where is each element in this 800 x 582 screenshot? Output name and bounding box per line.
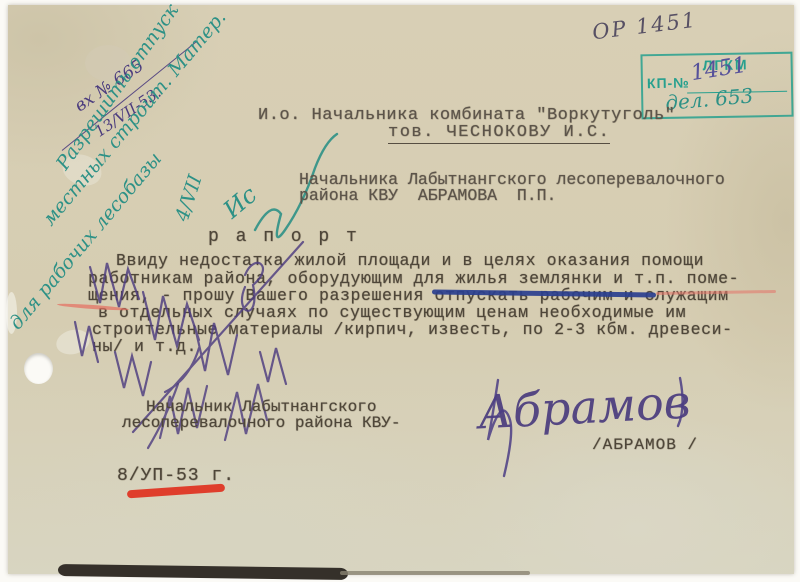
- typed-signature-name: /АБРАМОВ /: [592, 436, 698, 454]
- closing-position-line-2: лесоперевалочного района КВУ-: [122, 414, 400, 432]
- resolution-date: 4/VII: [171, 172, 207, 224]
- document-date: 8/УП-53 г.: [117, 466, 235, 486]
- addressee-line-2: тов. ЧЕСНОКОВУ И.С.: [388, 123, 610, 144]
- archival-number-note: ОР 1451: [591, 8, 699, 45]
- stamp-kp-number-handwritten: 1451: [689, 53, 748, 86]
- scanned-archival-document: { "archival": { "top_number": "ОР 1451",…: [0, 0, 800, 582]
- document-overlay: ОР 1451 ЛГКМ КП-№ 1451 дел. 653 вх № 665…: [0, 0, 800, 582]
- torn-edge-shadow: [58, 564, 348, 580]
- torn-edge-shadow: [340, 571, 530, 575]
- sender-line-2: района КВУ АБРАМОВА П.П.: [299, 186, 556, 205]
- signature-flourish: [470, 370, 700, 480]
- punch-hole: [24, 353, 53, 384]
